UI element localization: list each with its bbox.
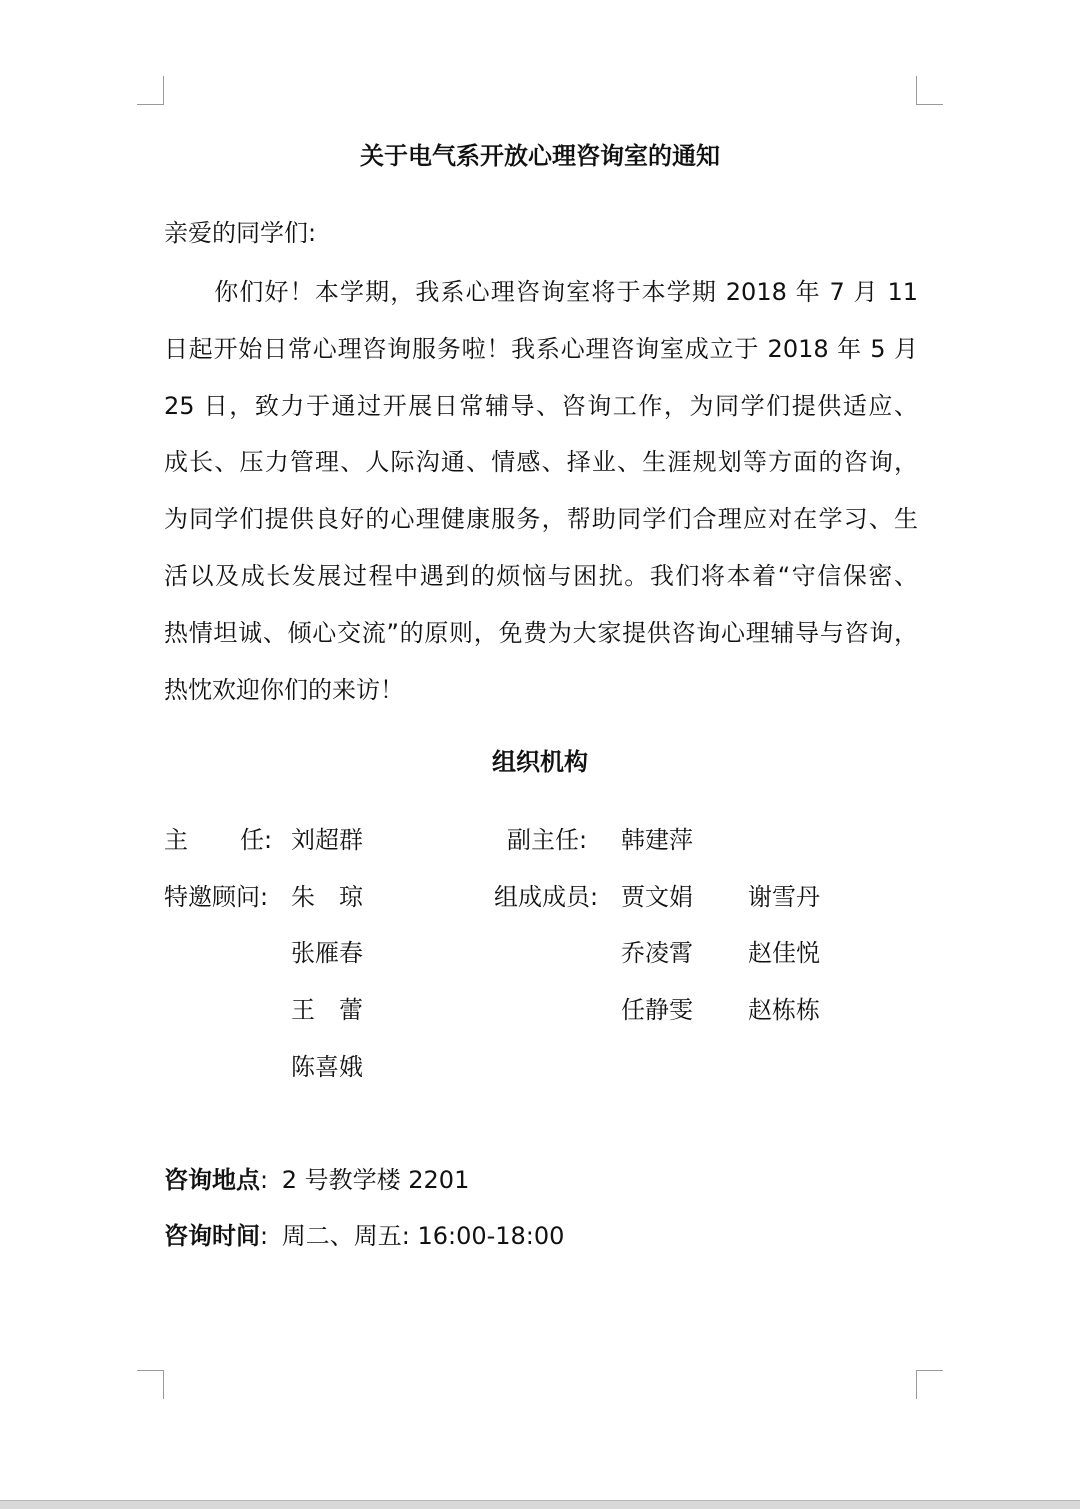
margin-corner-top-left xyxy=(137,76,164,105)
director-label-part1: 主 xyxy=(164,820,188,855)
colon: : xyxy=(260,1166,268,1194)
document-page: 关于电气系开放心理咨询室的通知 亲爱的同学们: 你们好！本学期，我系心理咨询室将… xyxy=(0,0,1080,1500)
member-name: 乔凌霄 xyxy=(621,933,693,968)
director-label-part2: 任: xyxy=(240,820,272,855)
member-name: 赵栋栋 xyxy=(748,990,820,1025)
document-title: 关于电气系开放心理咨询室的通知 xyxy=(0,136,1080,171)
margin-corner-top-right xyxy=(916,76,943,105)
body-line: 热情坦诚、倾心交流”的原则，免费为大家提供咨询心理辅导与咨询， xyxy=(164,605,918,662)
advisor-name: 陈喜娥 xyxy=(291,1047,363,1082)
body-line: 25 日，致力于通过开展日常辅导、咨询工作，为同学们提供适应、 xyxy=(164,378,918,435)
body-line: 为同学们提供良好的心理健康服务，帮助同学们合理应对在学习、生 xyxy=(164,491,918,548)
advisor-name: 王 蕾 xyxy=(291,990,363,1025)
greeting: 亲爱的同学们: xyxy=(164,213,316,248)
body-line: 成长、压力管理、人际沟通、情感、择业、生涯规划等方面的咨询， xyxy=(164,434,918,491)
consult-time-value: 周二、周五: 16:00-18:00 xyxy=(282,1222,565,1250)
body-line: 你们好！本学期，我系心理咨询室将于本学期 2018 年 7 月 11 xyxy=(164,264,918,321)
body-line: 热忱欢迎你们的来访！ xyxy=(164,662,918,719)
consult-location-value: 2 号教学楼 2201 xyxy=(282,1166,470,1194)
members-label: 组成成员: xyxy=(494,877,598,912)
deputy-director-label: 副主任: xyxy=(507,820,587,855)
member-name: 任静雯 xyxy=(621,990,693,1025)
consult-time-label: 咨询时间 xyxy=(164,1222,260,1250)
member-name: 赵佳悦 xyxy=(748,933,820,968)
colon: : xyxy=(260,1222,268,1250)
consult-location-label: 咨询地点 xyxy=(164,1166,260,1194)
advisor-name: 朱 琼 xyxy=(291,877,363,912)
deputy-director-name: 韩建萍 xyxy=(621,820,693,855)
body-line: 日起开始日常心理咨询服务啦！我系心理咨询室成立于 2018 年 5 月 xyxy=(164,321,918,378)
consult-location: 咨询地点: 2 号教学楼 2201 xyxy=(164,1160,469,1195)
margin-corner-bottom-right xyxy=(916,1370,943,1399)
body-paragraph: 你们好！本学期，我系心理咨询室将于本学期 2018 年 7 月 11 日起开始日… xyxy=(164,264,918,718)
member-name: 谢雪丹 xyxy=(748,877,820,912)
body-line: 活以及成长发展过程中遇到的烦恼与困扰。我们将本着“守信保密、 xyxy=(164,548,918,605)
margin-corner-bottom-left xyxy=(137,1370,164,1399)
advisor-name: 张雁春 xyxy=(291,933,363,968)
director-name: 刘超群 xyxy=(291,820,363,855)
member-name: 贾文娟 xyxy=(621,877,693,912)
advisors-label: 特邀顾问: xyxy=(164,877,268,912)
organization-heading: 组织机构 xyxy=(0,742,1080,777)
consult-time: 咨询时间: 周二、周五: 16:00-18:00 xyxy=(164,1216,564,1251)
page-bottom-edge xyxy=(0,1500,1080,1509)
